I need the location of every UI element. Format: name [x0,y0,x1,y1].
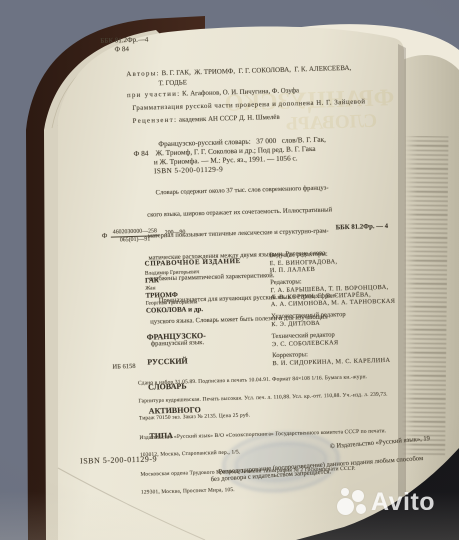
bbk-index: Ф 84 [115,45,129,53]
fraction-denominator: 065(01)—91 [111,236,159,244]
authors-line: Авторы: В. Г. ГАК, Ж. ТРИОМФ, Г. Г. СОКО… [126,65,351,78]
art-editor-name: К. Э. ДИТЛОВА [271,320,320,328]
card-index: Ф 84 [133,149,148,158]
lead-editor-name: И. П. ЛАЛАЕВ [270,266,315,274]
catalog-sign: Ф [102,232,108,240]
grammar-note: Грамматизация русской части проверена и … [132,98,365,112]
authors-label: Авторы: [126,70,160,78]
authors-line-2: Т. ГОДЬЕ [158,79,186,87]
catalog-fraction: 4602030000—258065(01)—91 [111,226,160,245]
reviewer-name: академик АН СССР Д. Н. Шмелёв [179,114,280,124]
author3-surname: СОКОЛОВА и др. [146,305,203,315]
imprint-page-text: ББК 81.2Фр.—4 Ф 84 Авторы: В. Г. ГАК, Ж.… [58,18,426,528]
annotation-line: Словарь содержит около 37 тыс. слов совр… [147,185,334,197]
colophon-line: Сдано в набор 31.05.89. Подписано в печа… [138,374,387,387]
reviewer-label: Рецензент: [133,117,178,125]
title-line: РУССКИЙ [147,357,206,367]
authors-names-text: В. Г. ГАК, Ж. ТРИОМФ, Г. Г. СОКОЛОВА, Г.… [161,65,351,77]
fraction-tail: 200—90 [165,230,186,237]
avito-watermark-text: Avito [371,488,435,517]
colophon-line: Гарнитура кудряшевская. Печать высокая. … [138,391,387,404]
avito-watermark: Avito [337,487,435,517]
title-line: ФРАНЦУЗСКО- [147,332,206,342]
participants-label: при участии: [127,91,181,99]
bbk-header: ББК 81.2Фр.—4 [100,35,148,44]
author2-surname: ТРИОМФ [145,291,178,300]
editors-role: Редакторы: [270,278,302,286]
participants-line: при участии: К. Агафонов, О. И. Пичугина… [127,87,299,99]
colophon-line: Издательство «Русский язык» В/О «Совэксп… [139,428,388,441]
proofreaders-role: Корректоры: [272,351,308,359]
book-photo: ФРАНЦУЗСКО СЛОВАРЬ ББК 81.2Фр.—4 Ф 84 Ав… [0,0,459,540]
reviewer-line: Рецензент: академик АН СССР Д. Н. Шмелёв [133,114,280,125]
ib-number: ИБ 6158 [112,363,135,371]
bbk-right: ББК 81.2Фр. — 4 [336,223,389,231]
colophon-line: Тираж 70150 экз. Заказ № 2135. Цена 25 р… [139,409,388,422]
annotation-line: ского языка, широко отражает их сочетаем… [147,206,334,218]
colophon-block: Сдано в набор 31.05.89. Подписано в печа… [138,362,391,507]
avito-logo-icon [337,487,367,517]
participants-names: К. Агафонов, О. И. Пичугина, Ф. Озуфа [182,87,299,97]
author1-surname: ГАК [145,276,159,284]
